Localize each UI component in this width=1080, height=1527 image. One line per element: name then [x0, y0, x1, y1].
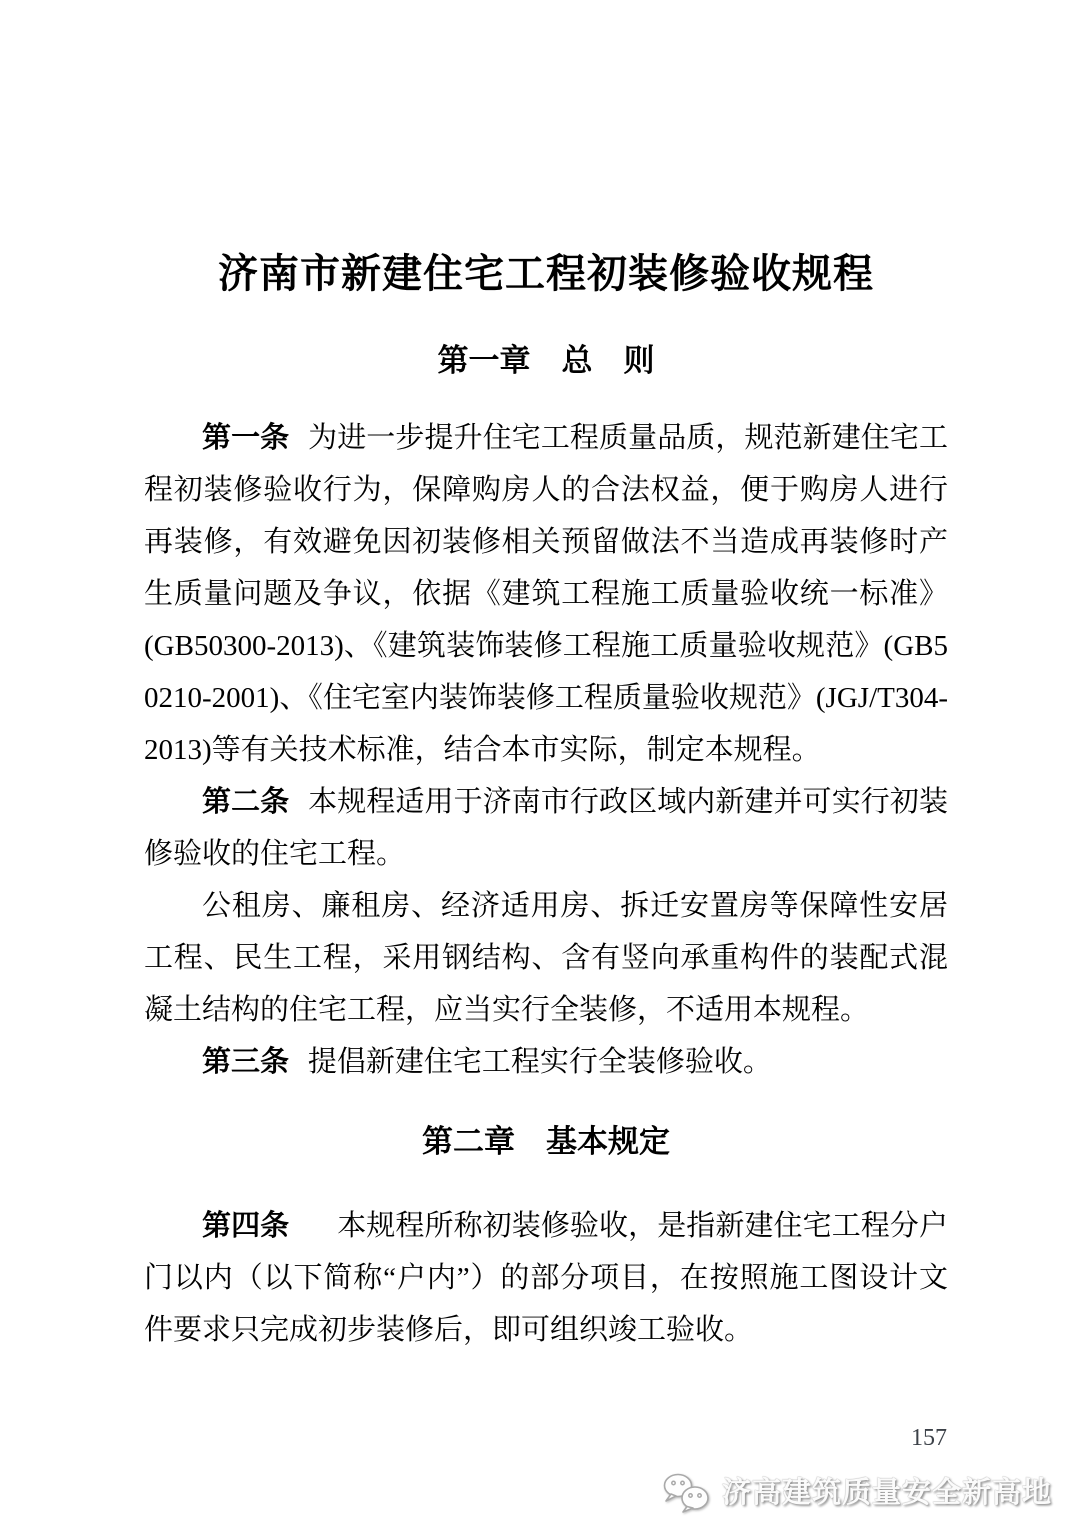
wechat-icon — [662, 1473, 714, 1513]
article-2-supplement-paragraph: 公租房、廉租房、经济适用房、拆迁安置房等保障性安居工程、民生工程，采用钢结构、含… — [144, 880, 948, 1036]
article-1-paragraph: 第一条为进一步提升住宅工程质量品质，规范新建住宅工程初装修验收行为，保障购房人的… — [144, 412, 948, 776]
page-number: 157 — [911, 1425, 947, 1451]
article-3-paragraph: 第三条提倡新建住宅工程实行全装修验收。 — [144, 1036, 948, 1088]
watermark-text: 济高建筑质量安全新高地 — [722, 1473, 1052, 1513]
article-4-label: 第四条 — [202, 1210, 289, 1242]
document-page: 济南市新建住宅工程初装修验收规程 第一章 总 则 第一条为进一步提升住宅工程质量… — [0, 0, 1080, 1527]
article-2-paragraph: 第二条本规程适用于济南市行政区域内新建并可实行初装修验收的住宅工程。 — [144, 776, 948, 880]
article-3-text: 提倡新建住宅工程实行全装修验收。 — [308, 1046, 772, 1078]
article-4-paragraph: 第四条 本规程所称初装修验收，是指新建住宅工程分户门以内（以下简称“户内”）的部… — [144, 1200, 948, 1356]
document-content: 济南市新建住宅工程初装修验收规程 第一章 总 则 第一条为进一步提升住宅工程质量… — [144, 0, 948, 1356]
chapter-2-heading: 第二章 基本规定 — [144, 1118, 948, 1166]
article-1-label: 第一条 — [202, 422, 289, 454]
article-3-label: 第三条 — [202, 1046, 289, 1078]
document-title: 济南市新建住宅工程初装修验收规程 — [144, 244, 948, 304]
article-2-label: 第二条 — [202, 786, 289, 818]
article-1-text: 为进一步提升住宅工程质量品质，规范新建住宅工程初装修验收行为，保障购房人的合法权… — [144, 422, 948, 766]
footer-watermark: 济高建筑质量安全新高地 — [662, 1473, 1052, 1513]
chapter-1-heading: 第一章 总 则 — [144, 337, 948, 385]
